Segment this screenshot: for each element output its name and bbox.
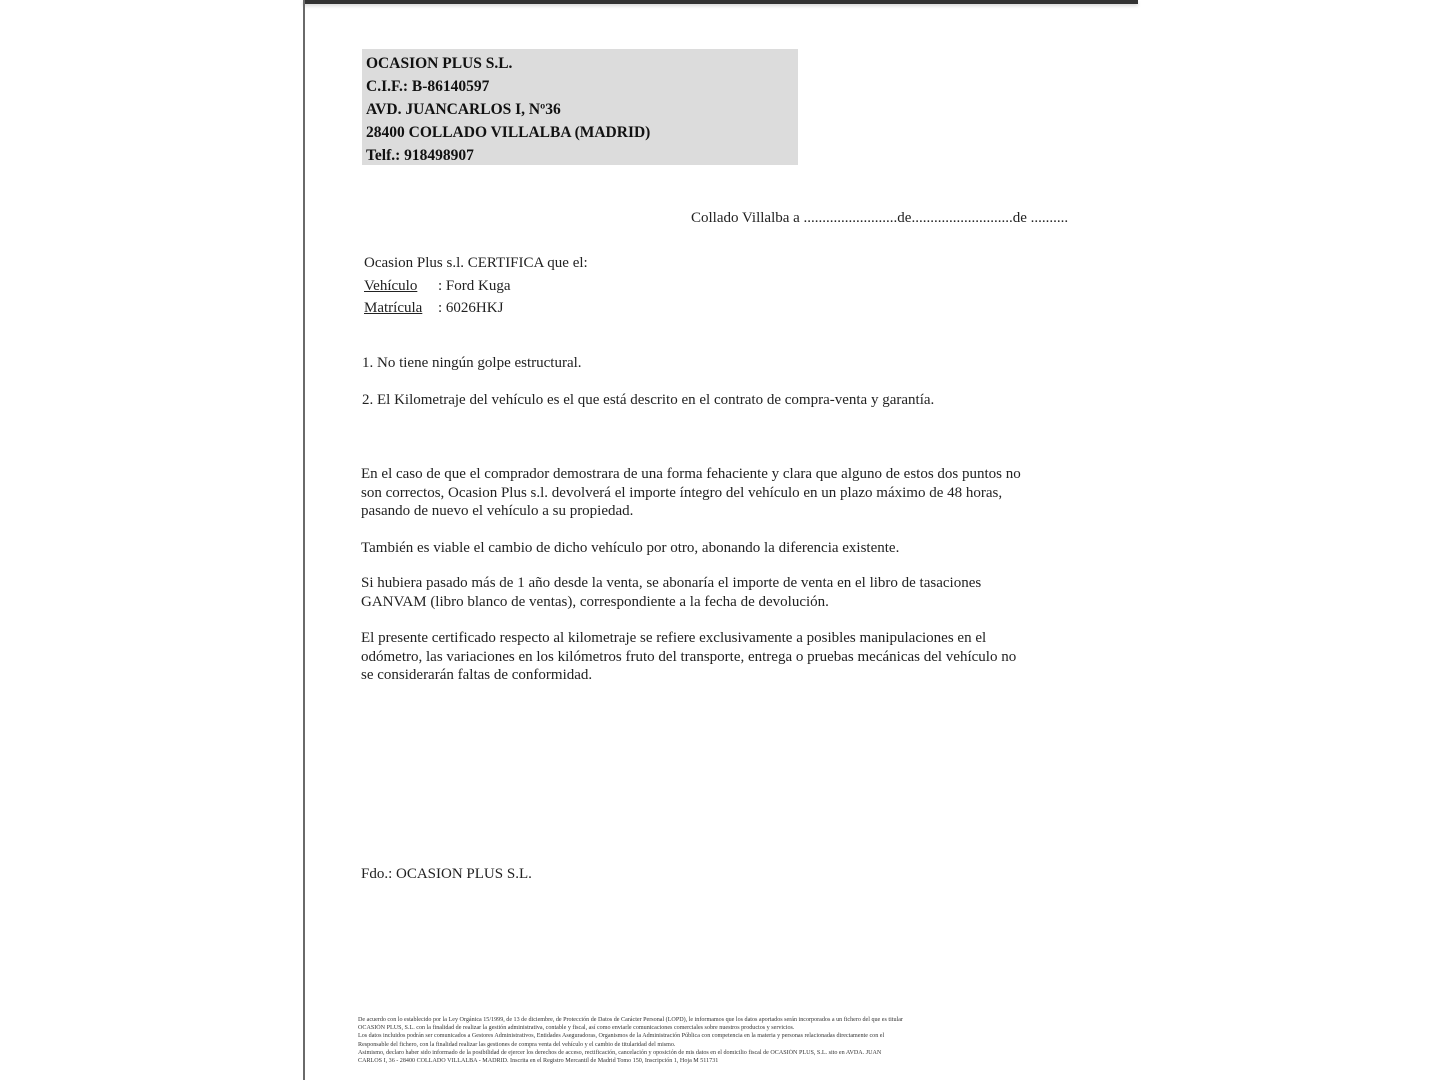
field-plate-value: : 6026HKJ xyxy=(438,297,503,320)
paragraph-line: GANVAM (libro blanco de ventas), corresp… xyxy=(361,593,1101,612)
paragraph-line: También es viable el cambio de dicho veh… xyxy=(361,539,1101,558)
paragraph-line: son correctos, Ocasion Plus s.l. devolve… xyxy=(361,484,1101,503)
legal-line: OCASIÓN PLUS, S.L. con la finalidad de r… xyxy=(358,1024,1098,1032)
paragraph-line: pasando de nuevo el vehículo a su propie… xyxy=(361,502,1101,521)
legal-line: Los datos incluidos podrán ser comunicad… xyxy=(358,1032,1098,1040)
legal-line: Responsable del fichero, con la finalida… xyxy=(358,1041,1098,1049)
legal-line: CARLOS I, 36 - 28400 COLLADO VILLALBA - … xyxy=(358,1057,1098,1065)
page-left-edge xyxy=(303,0,305,1080)
field-plate-label: Matrícula xyxy=(364,297,438,320)
paragraph-line: Si hubiera pasado más de 1 año desde la … xyxy=(361,574,1101,593)
field-plate: Matrícula : 6026HKJ xyxy=(364,297,588,320)
paragraph-line: se considerarán faltas de conformidad. xyxy=(361,666,1101,685)
company-name: OCASION PLUS S.L. xyxy=(366,52,798,75)
company-phone: Telf.: 918498907 xyxy=(366,144,798,167)
point-1: 1. No tiene ningún golpe estructural. xyxy=(362,355,582,372)
point-2: 2. El Kilometraje del vehículo es el que… xyxy=(362,392,934,409)
legal-line: Asimismo, declaro haber sido informado d… xyxy=(358,1049,1098,1057)
legal-line: De acuerdo con lo establecido por la Ley… xyxy=(358,1016,1098,1024)
field-vehicle-label: Vehículo xyxy=(364,275,438,298)
company-address: AVD. JUANCARLOS I, Nº36 xyxy=(366,98,798,121)
paragraph-line: El presente certificado respecto al kilo… xyxy=(361,629,1101,648)
company-city: 28400 COLLADO VILLALBA (MADRID) xyxy=(366,121,798,144)
paragraph-line: odómetro, las variaciones en los kilómet… xyxy=(361,648,1101,667)
place-date-line: Collado Villalba a .....................… xyxy=(691,210,1068,227)
paragraph-ganvam: Si hubiera pasado más de 1 año desde la … xyxy=(361,574,1101,611)
certification-block: Ocasion Plus s.l. CERTIFICA que el: Vehí… xyxy=(364,252,588,320)
field-vehicle-value: : Ford Kuga xyxy=(438,275,511,298)
company-cif: C.I.F.: B-86140597 xyxy=(366,75,798,98)
paragraph-odometer: El presente certificado respecto al kilo… xyxy=(361,629,1101,685)
paragraph-line: En el caso de que el comprador demostrar… xyxy=(361,465,1101,484)
page-top-edge xyxy=(303,0,1138,4)
company-header-box: OCASION PLUS S.L. C.I.F.: B-86140597 AVD… xyxy=(362,49,798,165)
footer-legal-notice: De acuerdo con lo establecido por la Ley… xyxy=(358,1016,1098,1065)
paragraph-refund: En el caso de que el comprador demostrar… xyxy=(361,465,1101,521)
certification-intro: Ocasion Plus s.l. CERTIFICA que el: xyxy=(364,252,588,275)
signature-line: Fdo.: OCASION PLUS S.L. xyxy=(361,866,532,883)
paragraph-exchange: También es viable el cambio de dicho veh… xyxy=(361,539,1101,558)
field-vehicle: Vehículo : Ford Kuga xyxy=(364,275,588,298)
